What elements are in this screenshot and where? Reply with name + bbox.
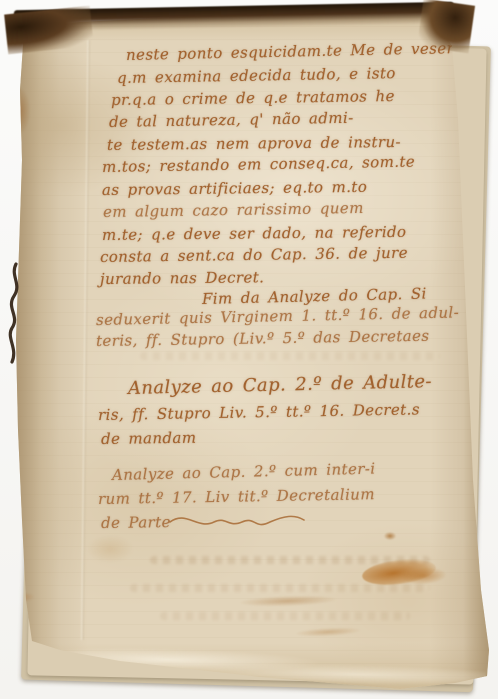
handwritten-line: de Parte [101, 513, 171, 532]
handwritten-line: seduxerit quis Virginem 1. tt.º 16. de a… [96, 303, 460, 329]
handwritten-line: de tal natureza, q' não admi- [109, 109, 354, 131]
verso-show-through [130, 584, 430, 592]
handwritten-line: consta a sent.ca do Cap. 36. de jure [100, 244, 408, 266]
handwritten-line: pr.q.a o crime de q.e tratamos he [111, 87, 395, 109]
handwritten-heading: Analyze ao Cap. 2.º de Adulte- [128, 371, 432, 399]
handwritten-line: as provas artificiaes; eq.to m.to [102, 178, 367, 199]
manuscript-page: neste ponto esquicidam.te Me de veser q.… [0, 0, 498, 699]
handwritten-line: rum tt.º 17. Liv tit.º Decretalium [98, 485, 375, 508]
handwritten-line: m.tos; restando em conseq.ca, som.te [102, 153, 415, 176]
pen-flourish [168, 508, 308, 534]
ink-stain-spot [384, 532, 396, 540]
handwritten-line: jurando nas Decret. [100, 268, 264, 288]
handwritten-line: ris, ff. Stupro Liv. 5.º tt.º 16. Decret… [98, 400, 420, 424]
handwritten-line: neste ponto esquicidam.te Me de veser [126, 39, 455, 64]
verso-show-through [160, 612, 410, 620]
edge-stain [4, 592, 34, 602]
binding-thread [2, 262, 32, 372]
foxing-streak [240, 594, 336, 607]
handwritten-line: q.m examina edecida tudo, e isto [117, 64, 396, 87]
faint-stain [88, 536, 132, 562]
verso-show-through [140, 352, 440, 360]
edge-stain [8, 88, 30, 134]
foxing-streak [296, 626, 360, 637]
handwritten-line: te testem.as nem aprova de instru- [107, 133, 401, 154]
handwritten-line: de mandam [101, 429, 197, 448]
handwritten-line: Analyze ao Cap. 2.º cum inter-i [112, 460, 376, 484]
handwritten-line: m.te; q.e deve ser dado, na referido [102, 223, 407, 244]
handwritten-line: em algum cazo rarissimo quem [103, 199, 364, 221]
handwritten-line: teris, ff. Stupro (Liv.º 5.º das Decreta… [96, 327, 430, 350]
curled-corner-top-right [417, 0, 475, 53]
manuscript-photo: neste ponto esquicidam.te Me de veser q.… [0, 0, 498, 699]
